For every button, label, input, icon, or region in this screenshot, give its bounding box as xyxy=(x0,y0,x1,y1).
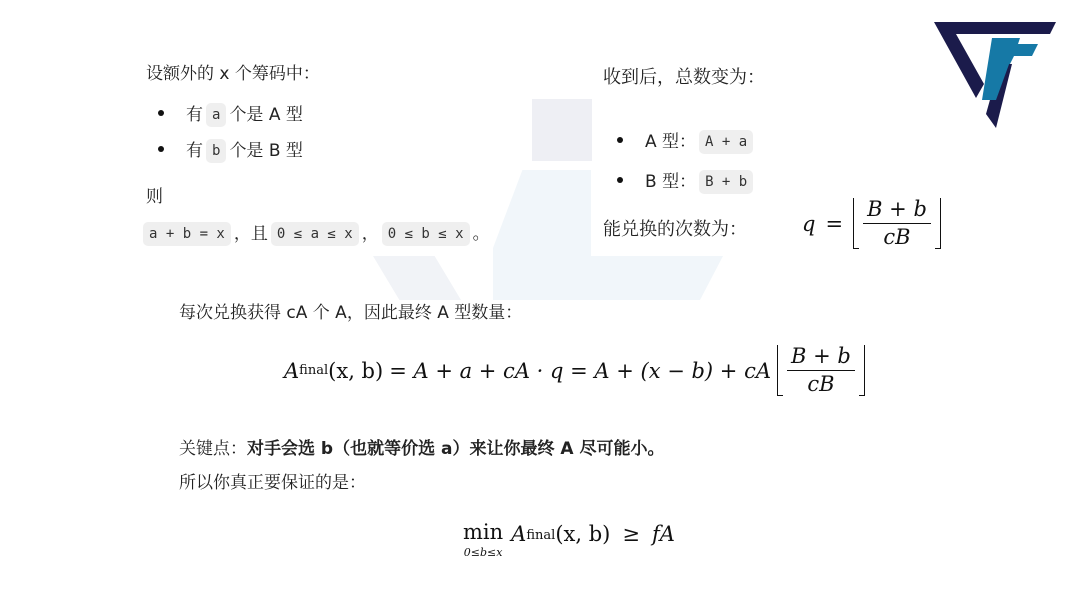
list-item: 有b个是 B 型 xyxy=(158,139,303,163)
inline-code: a + b = x xyxy=(143,222,231,246)
inline-code: a xyxy=(206,103,226,127)
key-point: 关键点：对手会选 b（也就等价选 a）来让你最终 A 尽可能小。 xyxy=(179,437,664,461)
exchange-label: 能兑换的次数为： xyxy=(603,218,747,242)
list-item: B 型：B + b xyxy=(617,170,756,194)
bullet-icon xyxy=(617,137,623,143)
watermark-shape xyxy=(373,256,461,300)
left-intro: 设额外的 x 个筹码中： xyxy=(146,62,320,86)
inline-code: 0 ≤ b ≤ x xyxy=(382,222,470,246)
constraint-line: a + b = x，且0 ≤ a ≤ x，0 ≤ b ≤ x。 xyxy=(143,222,490,246)
bullet-icon xyxy=(158,110,164,116)
floor-bracket: B + bcB xyxy=(853,198,941,249)
right-intro: 收到后，总数变为： xyxy=(603,66,765,90)
guarantee-line: 所以你真正要保证的是： xyxy=(179,471,366,495)
final-formula: Afinal(x, b) = A + a + cA · q = A + (x −… xyxy=(284,345,865,396)
exchange-description: 每次兑换获得 cA 个 A，因此最终 A 型数量： xyxy=(179,301,522,325)
list-item: 有a个是 A 型 xyxy=(158,103,303,127)
list-item: A 型：A + a xyxy=(617,130,756,154)
floor-bracket: B + bcB xyxy=(777,345,865,396)
inline-code: A + a xyxy=(699,130,753,154)
then-label: 则 xyxy=(146,185,163,209)
watermark-shape xyxy=(532,99,592,161)
bullet-icon xyxy=(617,177,623,183)
q-formula: q = B + bcB xyxy=(802,198,941,249)
watermark-shape xyxy=(493,256,723,300)
inline-code: b xyxy=(206,139,226,163)
bullet-icon xyxy=(158,146,164,152)
inline-code: B + b xyxy=(699,170,753,194)
inline-code: 0 ≤ a ≤ x xyxy=(271,222,359,246)
brand-logo-icon xyxy=(934,22,1056,128)
min-formula: min 0≤b≤x Afinal(x, b) ≥ fA xyxy=(463,522,675,558)
